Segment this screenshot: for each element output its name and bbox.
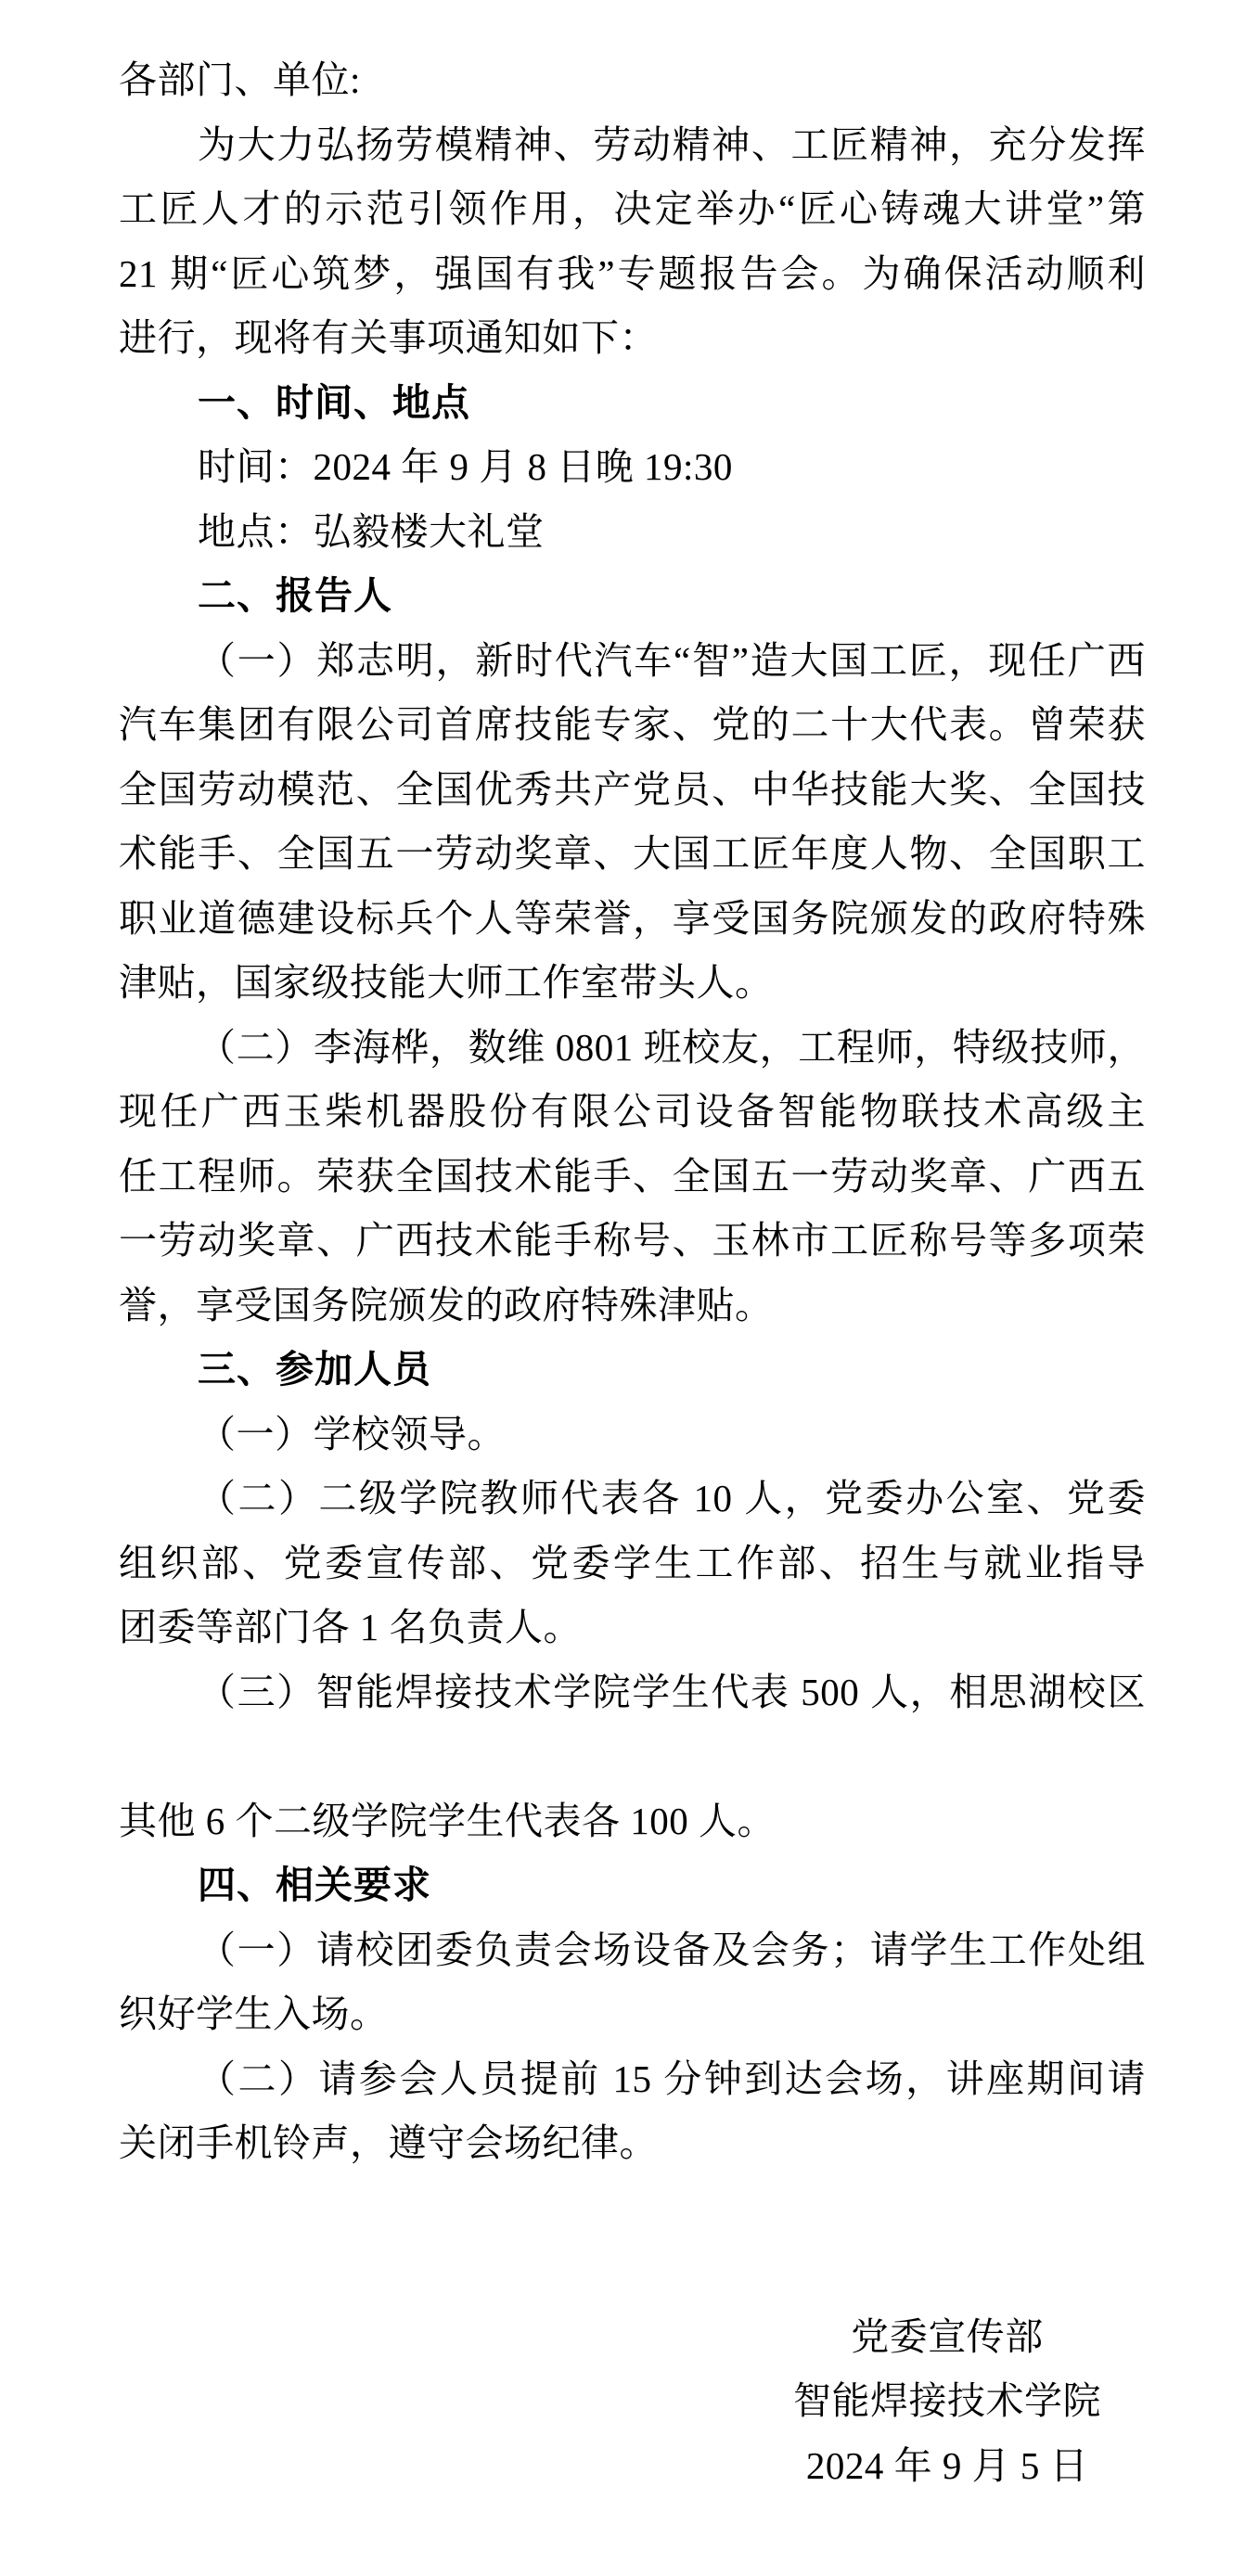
participants-item-2b: 组织部、党委宣传部、党委学生工作部、招生与就业指导处、 (119, 1532, 1146, 1596)
speaker-2-line-5: 誉，享受国务院颁发的政府特殊津贴。 (119, 1274, 1146, 1339)
signature-college: 智能焊接技术学院 (725, 2369, 1170, 2434)
signature-department: 党委宣传部 (725, 2305, 1170, 2370)
participants-item-2a: （二）二级学院教师代表各 10 人，党委办公室、党委 (119, 1467, 1146, 1532)
venue-line: 地点：弘毅楼大礼堂 (119, 500, 1146, 565)
spacer-2 (119, 2240, 1146, 2305)
participants-item-2c: 团委等部门各 1 名负责人。 (119, 1596, 1146, 1660)
intro-line-1: 为大力弘扬劳模精神、劳动精神、工匠精神，充分发挥 (119, 113, 1146, 178)
speaker-1-line-6: 津贴，国家级技能大师工作室带头人。 (119, 951, 1146, 1016)
participants-item-1: （一）学校领导。 (119, 1403, 1146, 1467)
speaker-2-line-3: 任工程师。荣获全国技术能手、全国五一劳动奖章、广西五 (119, 1145, 1146, 1210)
spacer-1 (119, 2176, 1146, 2241)
speaker-1-line-1: （一）郑志明，新时代汽车“智”造大国工匠，现任广西 (119, 629, 1146, 694)
section-2-heading: 二、报告人 (119, 564, 1146, 629)
intro-line-2: 工匠人才的示范引领作用，决定举办“匠心铸魂大讲堂”第 (119, 177, 1146, 242)
requirement-2a: （二）请参会人员提前 15 分钟到达会场，讲座期间请 (119, 2047, 1146, 2112)
signature-date: 2024 年 9 月 5 日 (725, 2434, 1170, 2499)
requirement-1b: 织好学生入场。 (119, 1982, 1146, 2047)
speaker-1-line-2: 汽车集团有限公司首席技能专家、党的二十大代表。曾荣获 (119, 693, 1146, 758)
document-page: 各部门、单位:为大力弘扬劳模精神、劳动精神、工匠精神，充分发挥工匠人才的示范引领… (0, 0, 1245, 2576)
speaker-1-line-4: 术能手、全国五一劳动奖章、大国工匠年度人物、全国职工 (119, 822, 1146, 887)
participants-item-3a: （三）智能焊接技术学院学生代表 500 人，相思湖校区 (119, 1660, 1146, 1725)
requirement-1a: （一）请校团委负责会场设备及会务；请学生工作处组 (119, 1918, 1146, 1983)
speaker-1-line-3: 全国劳动模范、全国优秀共产党员、中华技能大奖、全国技 (119, 758, 1146, 823)
document-text-column: 各部门、单位:为大力弘扬劳模精神、劳动精神、工匠精神，充分发挥工匠人才的示范引领… (119, 48, 1146, 2498)
section-1-heading: 一、时间、地点 (119, 371, 1146, 436)
intro-line-3: 21 期“匠心筑梦，强国有我”专题报告会。为确保活动顺利 (119, 242, 1146, 307)
speaker-2-line-4: 一劳动奖章、广西技术能手称号、玉林市工匠称号等多项荣 (119, 1209, 1146, 1274)
section-4-heading: 四、相关要求 (119, 1853, 1146, 1918)
requirement-2b: 关闭手机铃声，遵守会场纪律。 (119, 2111, 1146, 2176)
speaker-2-line-1: （二）李海桦，数维 0801 班校友，工程师，特级技师， (119, 1016, 1146, 1081)
speaker-1-line-5: 职业道德建设标兵个人等荣誉，享受国务院颁发的政府特殊 (119, 887, 1146, 952)
speaker-2-line-2: 现任广西玉柴机器股份有限公司设备智能物联技术高级主 (119, 1080, 1146, 1145)
page-break-gap (119, 1724, 1146, 1789)
time-line: 时间：2024 年 9 月 8 日晚 19:30 (119, 435, 1146, 500)
salutation-line: 各部门、单位: (119, 48, 1146, 113)
section-3-heading: 三、参加人员 (119, 1338, 1146, 1403)
intro-line-4: 进行，现将有关事项通知如下： (119, 306, 1146, 371)
participants-item-3b: 其他 6 个二级学院学生代表各 100 人。 (119, 1789, 1146, 1854)
